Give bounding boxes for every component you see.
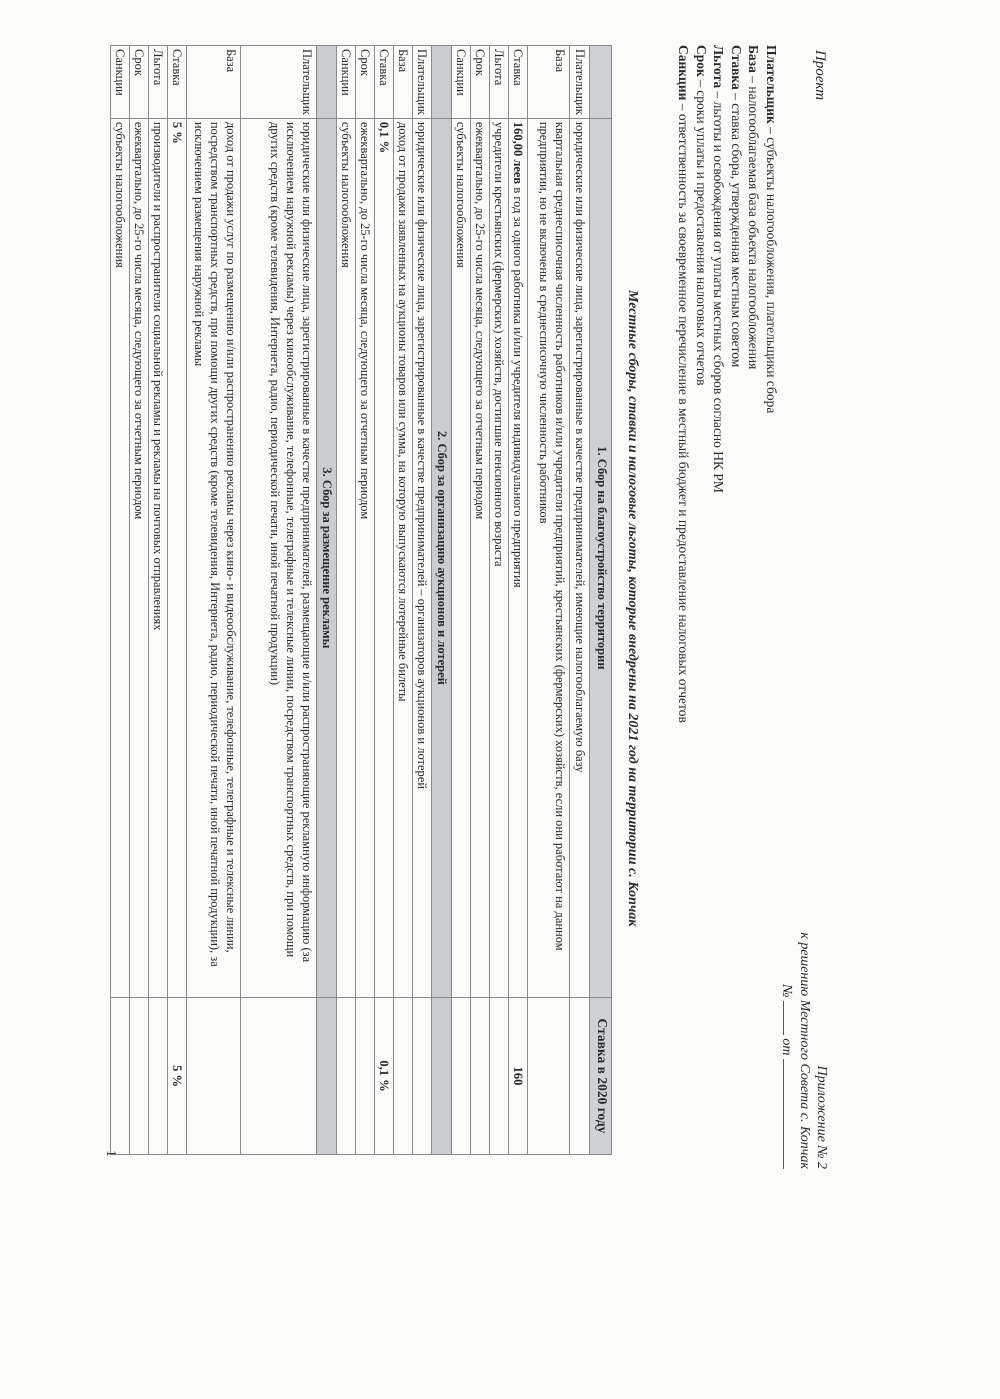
legend-item: База – налогооблагаемая база объекта нал… [745, 45, 763, 723]
rate-value: 5 % [170, 122, 184, 144]
legend-term: Санкции [677, 45, 692, 100]
appendix-header: Приложение № 2 к решению Местного Совета… [778, 932, 830, 1169]
row-label: Ставка [509, 46, 528, 119]
row-value: юридические или физические лица, зарегис… [241, 118, 317, 997]
legend-item: Ставка – ставка сбора, утвержденная мест… [728, 45, 746, 723]
row-value: ежеквартально, до 25-го числа месяца, сл… [130, 118, 149, 997]
rate-2020-cell [452, 998, 471, 1155]
number-label: № [779, 984, 794, 997]
number-blank [783, 1001, 796, 1035]
appendix-line: Приложение № 2 [813, 932, 830, 1169]
table-row: Санкциисубъекты налогообложения [337, 46, 356, 1155]
row-text: субъекты налогообложения [339, 122, 353, 268]
date-blank [783, 1059, 796, 1169]
row-value: учредители крестьянских (фермерских) хоз… [490, 118, 509, 997]
table-row: Срокежеквартально, до 25-го числа месяца… [471, 46, 490, 1155]
row-label: Срок [130, 46, 149, 119]
table-row: Базадоход от продажи услуг по размещению… [187, 46, 241, 1155]
legend-term: Плательщик [764, 45, 779, 124]
document-title: Местные сборы, ставки и налоговые льготы… [624, 290, 640, 926]
row-value: производители и распространители социаль… [149, 118, 168, 997]
row-label: База [394, 46, 413, 119]
legend-definition: – льготы и освобождения от уплаты местны… [712, 88, 727, 493]
row-label: Срок [471, 46, 490, 119]
row-text: юридические или физические лица, зарегис… [573, 122, 587, 773]
rate-2020-cell [490, 998, 509, 1155]
row-text: доход от продажи услуг по размещению и/и… [192, 122, 238, 967]
rate-value: 0,1 % [377, 122, 391, 153]
rate-2020-cell [570, 998, 590, 1155]
row-label: Ставка [168, 46, 187, 119]
rate-2020-cell [149, 998, 168, 1155]
legend-definition: – сроки уплаты и предоставления налоговы… [694, 77, 709, 386]
row-text: производители и распространители социаль… [151, 122, 165, 631]
table-row: Плательщикюридические или физические лиц… [413, 46, 432, 1155]
rate-2020-cell [241, 998, 317, 1155]
legend-item: Срок – сроки уплаты и предоставления нал… [693, 45, 711, 723]
section-rate-blank [432, 998, 452, 1155]
row-label: База [528, 46, 570, 119]
rate-2020-cell [111, 998, 130, 1155]
row-label: База [187, 46, 241, 119]
row-text: ежеквартально, до 25-го числа месяца, сл… [132, 122, 146, 519]
legend-definition: – субъекты налогообложения, плательщики … [764, 124, 779, 414]
row-text: учредители крестьянских (фермерских) хоз… [492, 122, 506, 567]
row-label: Ставка [375, 46, 394, 119]
legend-item: Плательщик – субъекты налогообложения, п… [763, 45, 781, 723]
rate-2020-cell [356, 998, 375, 1155]
row-value: квартальная среднесписочная численность … [528, 118, 570, 997]
table-row: Срокежеквартально, до 25-го числа месяца… [356, 46, 375, 1155]
row-text: ежеквартально, до 25-го числа месяца, сл… [473, 122, 487, 519]
row-value: 0,1 % [375, 118, 394, 997]
row-text: субъекты налогообложения [113, 122, 127, 268]
section-title: 2. Сбор за организацию аукционов и лотер… [432, 118, 452, 997]
section-title: 3. Сбор за размещение рекламы [317, 118, 337, 997]
rate-2020-cell [337, 998, 356, 1155]
legend: Плательщик – субъекты налогообложения, п… [675, 45, 780, 723]
legend-item: Санкции – ответственность за своевременн… [675, 45, 693, 723]
table-row: Льготаучредители крестьянских (фермерски… [490, 46, 509, 1155]
fees-table: 1. Сбор на благоустройство территорииСта… [110, 45, 612, 1155]
row-value: 5 % [168, 118, 187, 997]
row-label: Санкции [111, 46, 130, 119]
document-page: Проект Приложение № 2 к решению Местного… [0, 0, 1000, 1399]
row-label: Санкции [452, 46, 471, 119]
rate-2020-cell [394, 998, 413, 1155]
row-label: Срок [356, 46, 375, 119]
project-label: Проект [811, 50, 828, 100]
table-row: Базаквартальная среднесписочная численно… [528, 46, 570, 1155]
rate-column-header: Ставка в 2020 году [590, 998, 612, 1155]
table-row: Санкциисубъекты налогообложения [452, 46, 471, 1155]
table-row: Льготапроизводители и распространители с… [149, 46, 168, 1155]
row-text: доход от продажи заявленных на аукционы … [396, 122, 410, 702]
row-value: 160,00 леев в год за одного работника и/… [509, 118, 528, 997]
row-text: юридические или физические лица, зарегис… [415, 122, 429, 789]
row-text: юридические или физические лица, зарегис… [268, 122, 314, 962]
table-row: Плательщикюридические или физические лиц… [241, 46, 317, 1155]
row-label: Санкции [337, 46, 356, 119]
table-row: Базадоход от продажи заявленных на аукци… [394, 46, 413, 1155]
section-title: 1. Сбор на благоустройство территории [590, 118, 612, 997]
section-row: 2. Сбор за организацию аукционов и лотер… [432, 46, 452, 1155]
legend-term: База [747, 45, 762, 73]
rate-2020-cell [413, 998, 432, 1155]
header-blank [590, 46, 612, 119]
legend-term: Ставка [729, 45, 744, 90]
row-value: доход от продажи заявленных на аукционы … [394, 118, 413, 997]
row-text: в год за одного работника и/или учредите… [511, 184, 525, 587]
row-value: ежеквартально, до 25-го числа месяца, сл… [356, 118, 375, 997]
row-label: Льгота [490, 46, 509, 119]
rate-2020-cell [187, 998, 241, 1155]
legend-definition: – ставка сбора, утвержденная местным сов… [729, 90, 744, 368]
table-row: Санкциисубъекты налогообложения [111, 46, 130, 1155]
rate-2020-cell: 0,1 % [375, 998, 394, 1155]
table-row: Ставка5 %5 % [168, 46, 187, 1155]
legend-definition: – ответственность за своевременное переч… [677, 100, 692, 722]
row-value: юридические или физические лица, зарегис… [570, 118, 590, 997]
row-text: ежеквартально, до 25-го числа месяца, сл… [358, 122, 372, 519]
row-value: субъекты налогообложения [337, 118, 356, 997]
row-text: квартальная среднесписочная численность … [537, 122, 567, 951]
legend-definition: – налогооблагаемая база объекта налогооб… [747, 73, 762, 369]
table-header-row: 1. Сбор на благоустройство территорииСта… [590, 46, 612, 1155]
table-row: Ставка160,00 леев в год за одного работн… [509, 46, 528, 1155]
row-label: Плательщик [413, 46, 432, 119]
rate-2020-cell: 5 % [168, 998, 187, 1155]
row-label: Плательщик [570, 46, 590, 119]
table-row: Ставка0,1 %0,1 % [375, 46, 394, 1155]
section-row: 3. Сбор за размещение рекламы [317, 46, 337, 1155]
section-blank [432, 46, 452, 119]
rate-2020-cell [528, 998, 570, 1155]
appendix-line: к решению Местного Совета с. Копчак [796, 932, 813, 1169]
row-text: субъекты налогообложения [454, 122, 468, 268]
table-row: Плательщикюридические или физические лиц… [570, 46, 590, 1155]
row-label: Плательщик [241, 46, 317, 119]
row-label: Льгота [149, 46, 168, 119]
rate-2020-cell: 160 [509, 998, 528, 1155]
from-label: от [779, 1038, 794, 1055]
section-rate-blank [317, 998, 337, 1155]
row-value: субъекты налогообложения [111, 118, 130, 997]
row-value: ежеквартально, до 25-го числа месяца, сл… [471, 118, 490, 997]
rate-2020-cell [130, 998, 149, 1155]
rate-value: 160,00 леев [511, 122, 525, 184]
appendix-number-line: № от [778, 932, 796, 1169]
rate-2020-cell [471, 998, 490, 1155]
table-row: Срокежеквартально, до 25-го числа месяца… [130, 46, 149, 1155]
row-value: субъекты налогообложения [452, 118, 471, 997]
page-number: 1 [102, 1150, 118, 1157]
legend-term: Срок [694, 45, 709, 77]
legend-item: Льгота – льготы и освобождения от уплаты… [710, 45, 728, 723]
row-value: доход от продажи услуг по размещению и/и… [187, 118, 241, 997]
section-blank [317, 46, 337, 119]
legend-term: Льгота [712, 45, 727, 88]
row-value: юридические или физические лица, зарегис… [413, 118, 432, 997]
